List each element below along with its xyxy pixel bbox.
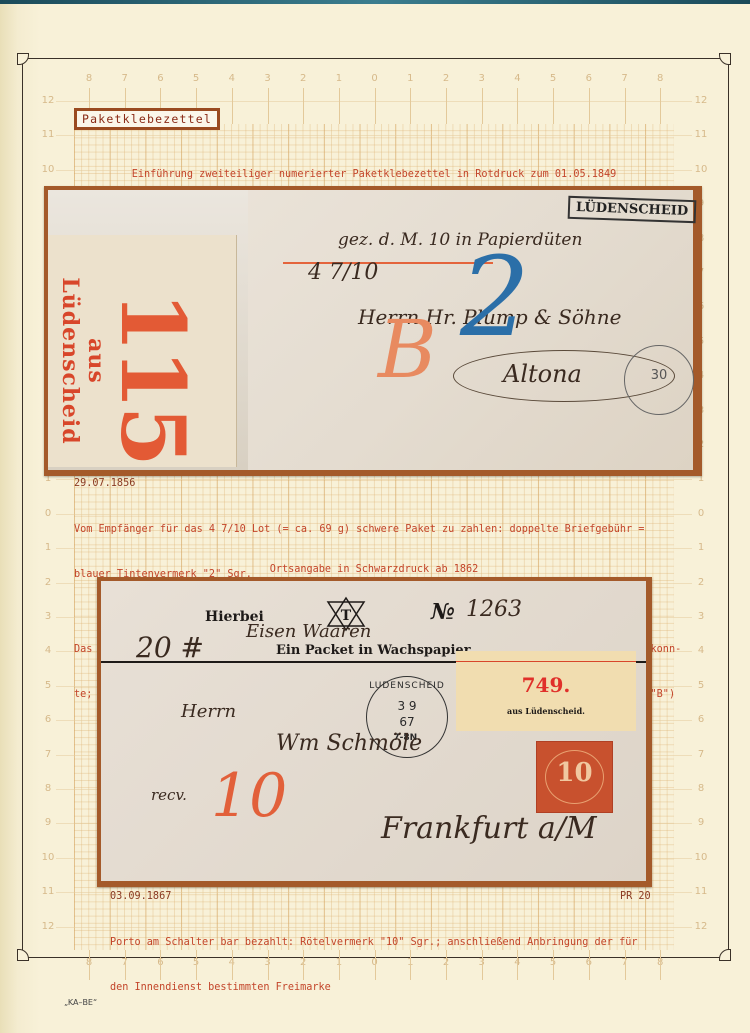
ruler-label: 3 xyxy=(40,611,56,622)
label-number: 749. xyxy=(456,673,636,697)
ruler-tick xyxy=(482,88,483,124)
ruler-tick xyxy=(339,88,340,124)
ruler-label: 5 xyxy=(188,73,204,84)
ruler-label: 12 xyxy=(40,921,56,932)
ruler-label: 2 xyxy=(295,73,311,84)
label-number: 115 xyxy=(101,262,205,492)
handwriting-contents: Eisen Waaren xyxy=(246,621,371,642)
ruler-label: 12 xyxy=(40,95,56,106)
ruler-label: 9 xyxy=(40,817,56,828)
ruler-label: 0 xyxy=(367,73,383,84)
top-edge xyxy=(0,0,750,4)
handwritten-number: 1263 xyxy=(466,597,522,622)
ruler-tick xyxy=(589,88,590,124)
ruler-tick xyxy=(268,88,269,124)
ruler-tick xyxy=(446,88,447,124)
postage-stamp: 10 xyxy=(536,741,613,813)
handwriting-weight: 4 7/10 xyxy=(308,260,378,285)
cover-1856: aus Lüdenscheid 115 LÜDENSCHEID gez. d. … xyxy=(48,190,693,470)
ruler-label: 2 xyxy=(438,73,454,84)
cover2-date: 03.09.1867 xyxy=(110,889,171,905)
ruler-label: 5 xyxy=(545,73,561,84)
postmark-date: 3 9 xyxy=(367,699,447,713)
ruler-label: 6 xyxy=(152,73,168,84)
ruler-label: 4 xyxy=(509,73,525,84)
ruler-label: 3 xyxy=(260,73,276,84)
weight-note: 20 # xyxy=(136,631,204,664)
label-place: aus Lüdenscheid. xyxy=(456,706,636,716)
ruler-tick xyxy=(375,88,376,124)
ruler-label: 11 xyxy=(693,129,709,140)
parcel-label-1867: 749. aus Lüdenscheid. xyxy=(456,651,636,731)
ruler-tick xyxy=(410,88,411,124)
ruler-label: 5 xyxy=(693,680,709,691)
cover-1867-mount: Hierbei T № 1263 20 # Eisen Waaren Ein P… xyxy=(97,577,652,887)
ruler-label: 6 xyxy=(40,714,56,725)
section-title-box: Paketklebezettel xyxy=(74,108,220,130)
printed-packet: Ein Packet in Wachspapier xyxy=(276,643,471,658)
addressee-text: Wm Schmöle xyxy=(276,731,422,756)
description-line: den Innendienst bestimmten Freimarke xyxy=(110,980,637,995)
ruler-label: 4 xyxy=(693,645,709,656)
ruler-label: 7 xyxy=(40,749,56,760)
ruler-label: 1 xyxy=(331,73,347,84)
postmark-year: 67 xyxy=(367,715,447,729)
ruler-label: 2 xyxy=(40,577,56,588)
ruler-label: 10 xyxy=(40,164,56,175)
label-rule xyxy=(456,661,636,662)
ruler-label: 8 xyxy=(652,73,668,84)
ruler-label: 1 xyxy=(693,542,709,553)
number-sign: № xyxy=(431,599,455,625)
ruler-line xyxy=(56,101,692,102)
ruler-label: 11 xyxy=(40,886,56,897)
ruler-label: 7 xyxy=(617,73,633,84)
section2-heading: Ortsangabe in Schwarzdruck ab 1862 xyxy=(74,562,674,578)
destination-text: Frankfurt a/M xyxy=(381,811,597,846)
ruler-label: 0 xyxy=(693,508,709,519)
section-title: Paketklebezettel xyxy=(77,111,217,127)
description-line: Porto am Schalter bar bezahlt: Rötelverm… xyxy=(110,935,637,950)
ruler-label: 8 xyxy=(40,783,56,794)
ruler-label: 11 xyxy=(693,886,709,897)
ruler-tick xyxy=(303,88,304,124)
ruler-label: 10 xyxy=(40,852,56,863)
handwriting-recv: recv. xyxy=(151,786,187,804)
intro-line: Einführung zweiteiliger numerierter Pake… xyxy=(74,167,674,183)
stamp-value: 10 xyxy=(537,758,612,788)
ruler-label: 6 xyxy=(581,73,597,84)
ruler-label: 7 xyxy=(693,749,709,760)
postmark-day: 30 xyxy=(625,368,693,383)
handwriting-herrn: Herrn xyxy=(181,701,236,722)
ruler-label: 1 xyxy=(40,542,56,553)
blue-postage-mark: 2 xyxy=(460,242,530,352)
publisher-mark: „KA–BE“ xyxy=(64,998,97,1007)
ruler-tick xyxy=(660,88,661,124)
ruler-label: 3 xyxy=(474,73,490,84)
red-b-mark: B xyxy=(378,310,437,390)
ruler-label: 0 xyxy=(40,508,56,519)
cover-1867: Hierbei T № 1263 20 # Eisen Waaren Ein P… xyxy=(101,581,646,881)
ruler-label: 10 xyxy=(693,164,709,175)
ruler-label: 8 xyxy=(81,73,97,84)
cover-1856-mount: aus Lüdenscheid 115 LÜDENSCHEID gez. d. … xyxy=(44,186,702,476)
ruler-label: 4 xyxy=(224,73,240,84)
ruler-label: 1 xyxy=(402,73,418,84)
ruler-label: 12 xyxy=(693,95,709,106)
ruler-label: 11 xyxy=(40,129,56,140)
ruler-label: 7 xyxy=(117,73,133,84)
ruler-label: 4 xyxy=(40,645,56,656)
cover2-description: Porto am Schalter bar bezahlt: Rötelverm… xyxy=(110,905,637,1010)
ruler-tick xyxy=(625,88,626,124)
cover1-date: 29.07.1856 xyxy=(74,476,135,492)
ruler-label: 10 xyxy=(693,852,709,863)
ruler-label: 12 xyxy=(693,921,709,932)
round-postmark: 30 xyxy=(624,345,694,415)
ruler-tick xyxy=(89,950,90,980)
ruler-label: 2 xyxy=(693,577,709,588)
ruler-label: 8 xyxy=(693,783,709,794)
ruler-tick xyxy=(553,88,554,124)
description-line: Vom Empfänger für das 4 7/10 Lot (= ca. … xyxy=(74,522,681,537)
red-10-mark: 10 xyxy=(211,766,287,826)
ruler-label: 3 xyxy=(693,611,709,622)
ruler-label: 9 xyxy=(693,817,709,828)
ruler-label: 6 xyxy=(693,714,709,725)
cover2-reference: PR 20 xyxy=(620,889,651,905)
ruler-tick xyxy=(517,88,518,124)
ruler-label: 5 xyxy=(40,680,56,691)
ruler-tick xyxy=(660,950,661,980)
box-postmark: LÜDENSCHEID xyxy=(568,196,697,223)
parcel-label-1856: aus Lüdenscheid 115 xyxy=(48,235,237,467)
ruler-tick xyxy=(232,88,233,124)
postmark-town: LUDENSCHEID xyxy=(367,681,447,691)
